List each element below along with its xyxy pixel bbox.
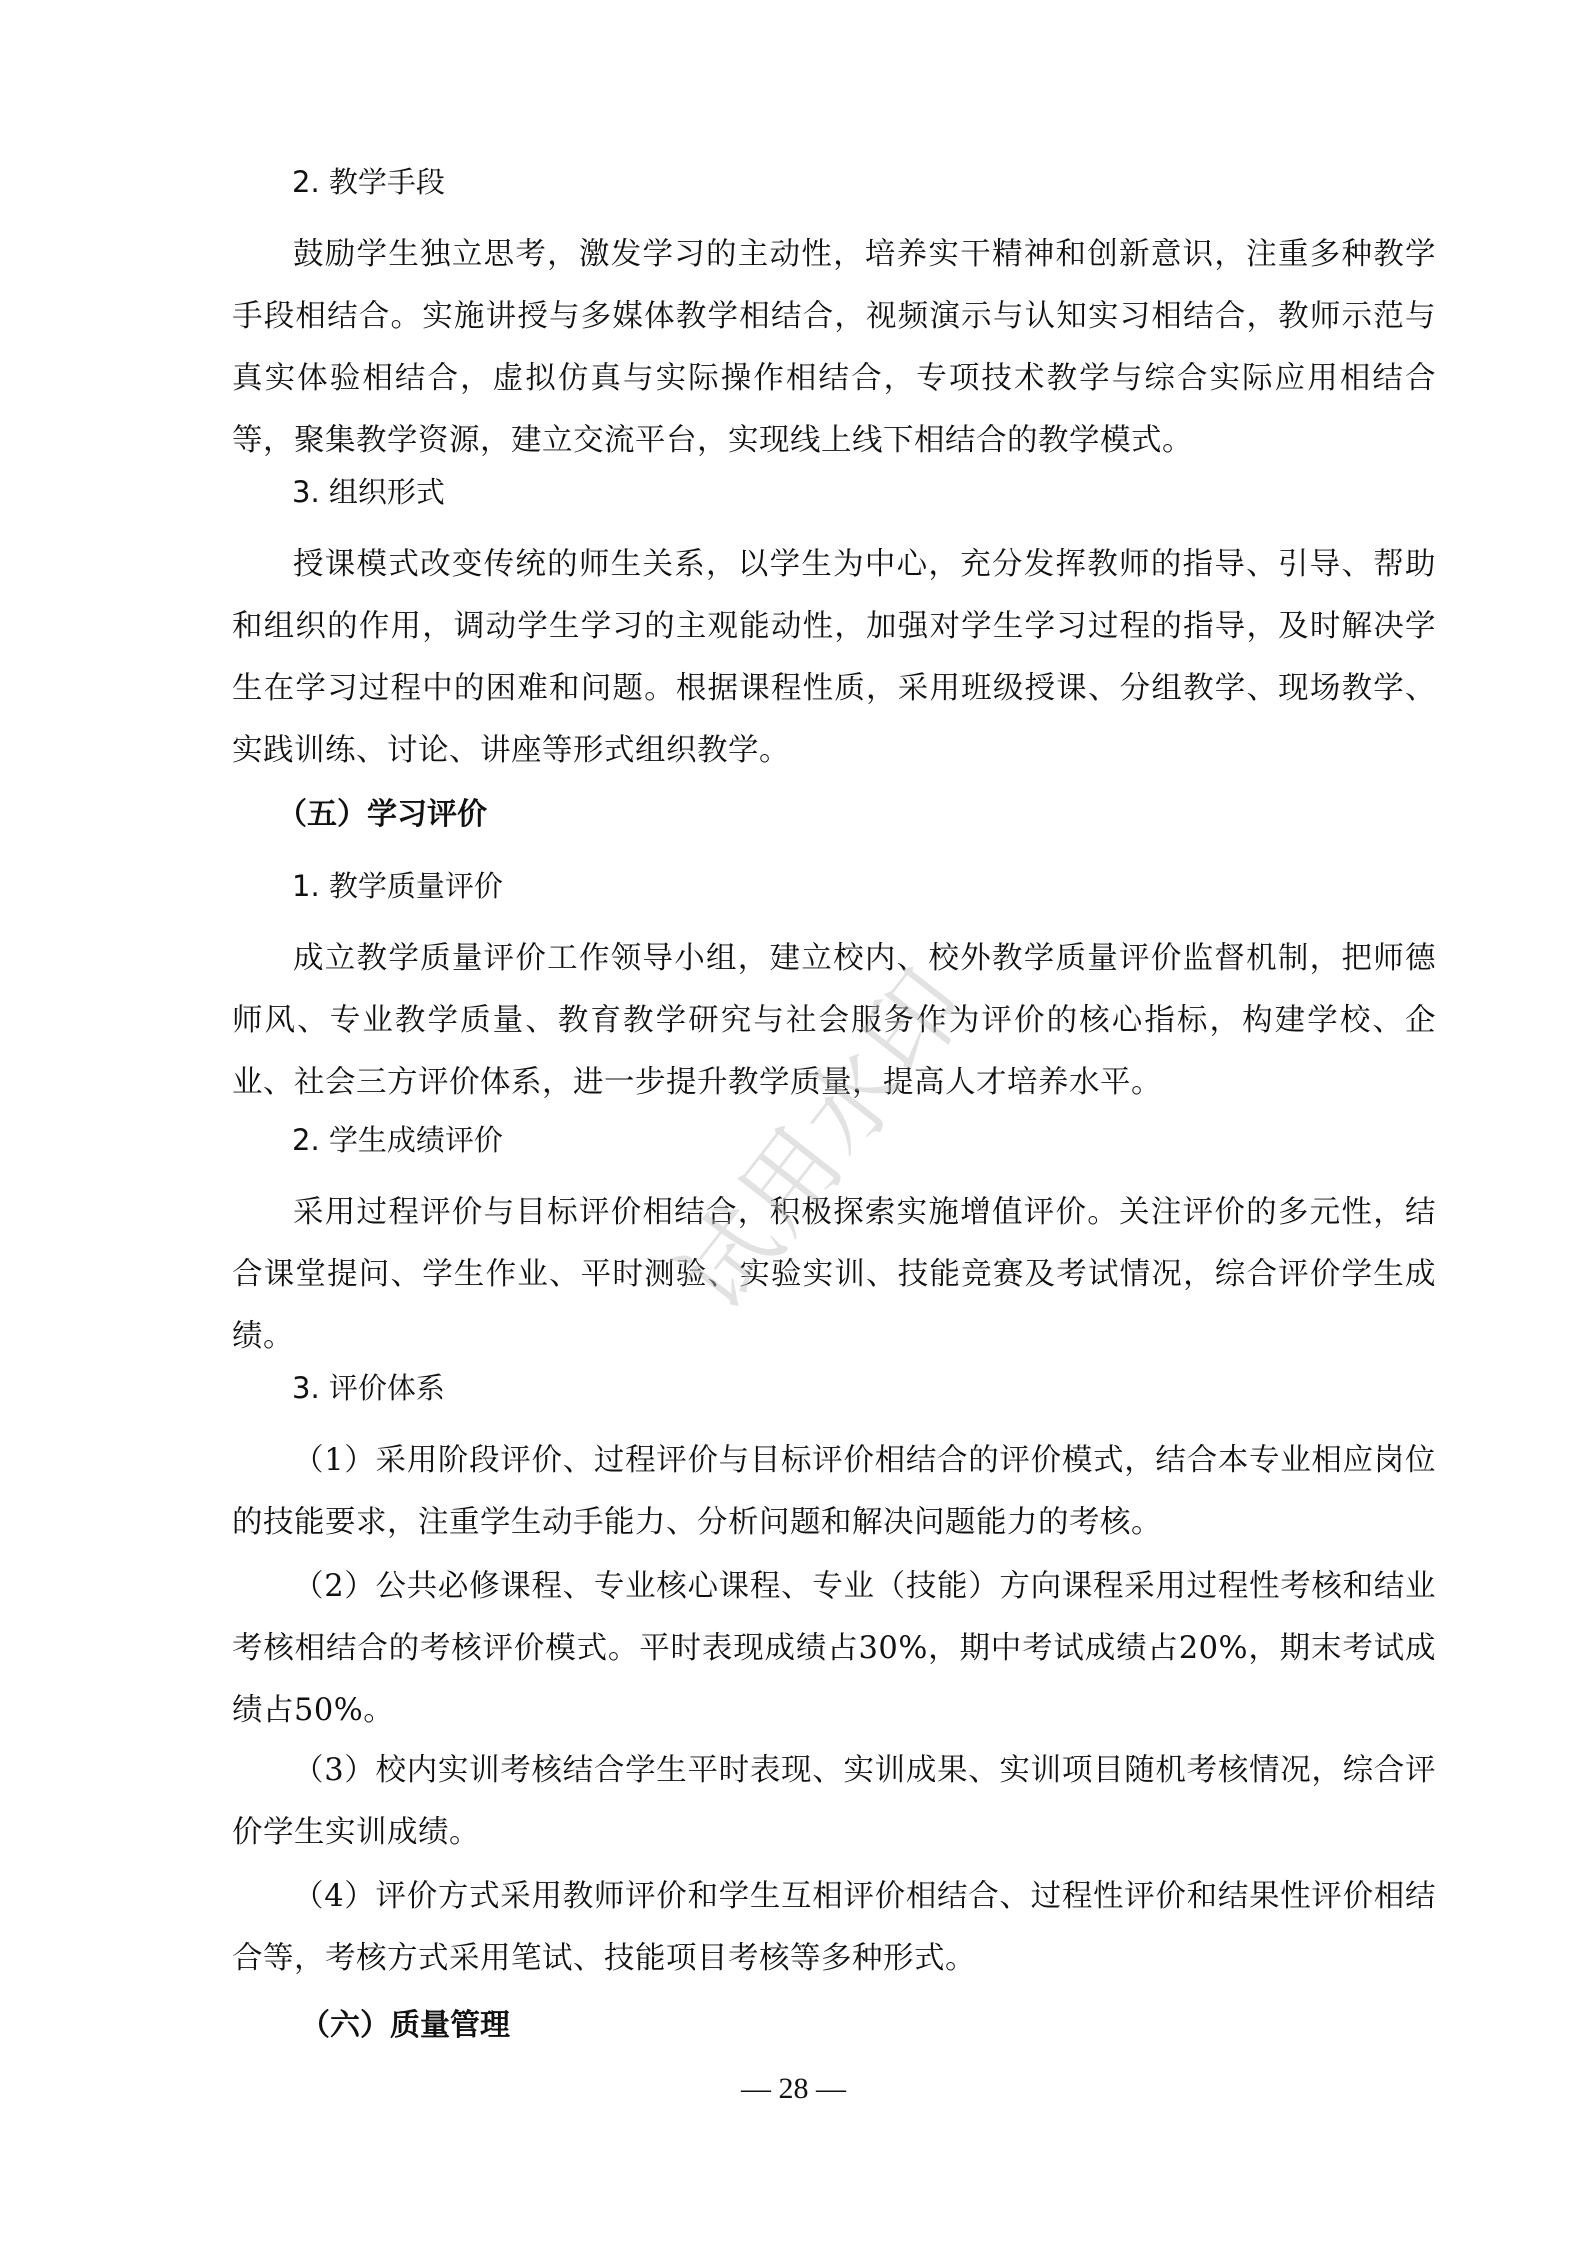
subheading-organization-form: 3. 组织形式 [232, 472, 1496, 512]
subheading-teaching-methods: 2. 教学手段 [232, 162, 1496, 202]
list-item-evaluation-3: （3）校内实训考核结合学生平时表现、实训成果、实训项目随机考核情况，综合评价学生… [232, 1740, 1436, 1864]
subheading-student-grade-evaluation: 2. 学生成绩评价 [232, 1120, 1496, 1160]
page-number: — 28 — [0, 2072, 1587, 2106]
paragraph-teaching-quality-evaluation: 成立教学质量评价工作领导小组，建立校内、校外教学质量评价监督机制，把师德师风、专… [232, 928, 1436, 1114]
subheading-teaching-quality-evaluation: 1. 教学质量评价 [232, 866, 1496, 906]
list-item-evaluation-4: （4）评价方式采用教师评价和学生互相评价相结合、过程性评价和结果性评价相结合等，… [232, 1866, 1436, 1990]
paragraph-student-grade-evaluation: 采用过程评价与目标评价相结合，积极探索实施增值评价。关注评价的多元性，结合课堂提… [232, 1182, 1436, 1368]
list-item-evaluation-1: （1）采用阶段评价、过程评价与目标评价相结合的评价模式，结合本专业相应岗位的技能… [232, 1430, 1436, 1554]
section-heading-quality-management: （六）质量管理 [232, 2006, 1504, 2046]
subheading-evaluation-system: 3. 评价体系 [232, 1368, 1496, 1408]
section-heading-learning-evaluation: （五）学习评价 [232, 795, 1481, 835]
paragraph-teaching-methods: 鼓励学生独立思考，激发学习的主动性，培养实干精神和创新意识，注重多种教学手段相结… [232, 224, 1436, 472]
paragraph-organization-form: 授课模式改变传统的师生关系，以学生为中心，充分发挥教师的指导、引导、帮助和组织的… [232, 534, 1436, 782]
list-item-evaluation-2: （2）公共必修课程、专业核心课程、专业（技能）方向课程采用过程性考核和结业考核相… [232, 1556, 1436, 1742]
